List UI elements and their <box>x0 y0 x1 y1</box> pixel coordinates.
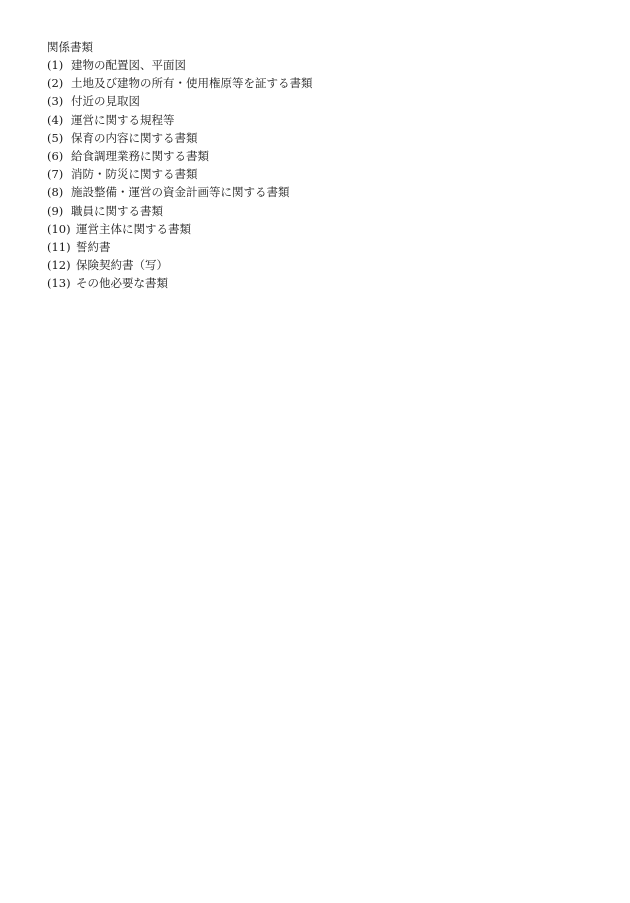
item-number: (7) <box>47 165 71 183</box>
item-number: (8) <box>47 183 71 201</box>
item-number: (9) <box>47 202 71 220</box>
item-text: 消防・防災に関する書類 <box>71 165 198 183</box>
list-item: (11) 誓約書 <box>47 238 313 256</box>
item-text: 職員に関する書類 <box>71 202 163 220</box>
document-body: 関係書類 (1) 建物の配置図、平面図 (2) 土地及び建物の所有・使用権原等を… <box>47 38 313 292</box>
item-text: 建物の配置図、平面図 <box>71 56 186 74</box>
list-item: (10) 運営主体に関する書類 <box>47 220 313 238</box>
item-number: (6) <box>47 147 71 165</box>
item-text: 誓約書 <box>76 238 111 256</box>
list-item: (8) 施設整備・運営の資金計画等に関する書類 <box>47 183 313 201</box>
item-text: 給食調理業務に関する書類 <box>71 147 209 165</box>
item-text: 運営主体に関する書類 <box>76 220 191 238</box>
item-text: その他必要な書類 <box>76 274 168 292</box>
item-text: 土地及び建物の所有・使用権原等を証する書類 <box>71 74 313 92</box>
item-text: 運営に関する規程等 <box>71 111 175 129</box>
list-item: (4) 運営に関する規程等 <box>47 111 313 129</box>
list-item: (3) 付近の見取図 <box>47 92 313 110</box>
list-item: (5) 保育の内容に関する書類 <box>47 129 313 147</box>
section-title: 関係書類 <box>47 38 313 56</box>
document-list: (1) 建物の配置図、平面図 (2) 土地及び建物の所有・使用権原等を証する書類… <box>47 56 313 292</box>
list-item: (12) 保険契約書（写） <box>47 256 313 274</box>
item-number: (3) <box>47 92 71 110</box>
item-number: (12) <box>47 256 76 274</box>
item-text: 付近の見取図 <box>71 92 140 110</box>
item-number: (11) <box>47 238 76 256</box>
list-item: (9) 職員に関する書類 <box>47 202 313 220</box>
item-number: (5) <box>47 129 71 147</box>
item-number: (13) <box>47 274 76 292</box>
item-number: (2) <box>47 74 71 92</box>
list-item: (13) その他必要な書類 <box>47 274 313 292</box>
list-item: (1) 建物の配置図、平面図 <box>47 56 313 74</box>
item-number: (10) <box>47 220 76 238</box>
item-text: 保険契約書（写） <box>76 256 168 274</box>
item-number: (4) <box>47 111 71 129</box>
item-text: 保育の内容に関する書類 <box>71 129 198 147</box>
list-item: (6) 給食調理業務に関する書類 <box>47 147 313 165</box>
item-number: (1) <box>47 56 71 74</box>
list-item: (7) 消防・防災に関する書類 <box>47 165 313 183</box>
item-text: 施設整備・運営の資金計画等に関する書類 <box>71 183 290 201</box>
list-item: (2) 土地及び建物の所有・使用権原等を証する書類 <box>47 74 313 92</box>
